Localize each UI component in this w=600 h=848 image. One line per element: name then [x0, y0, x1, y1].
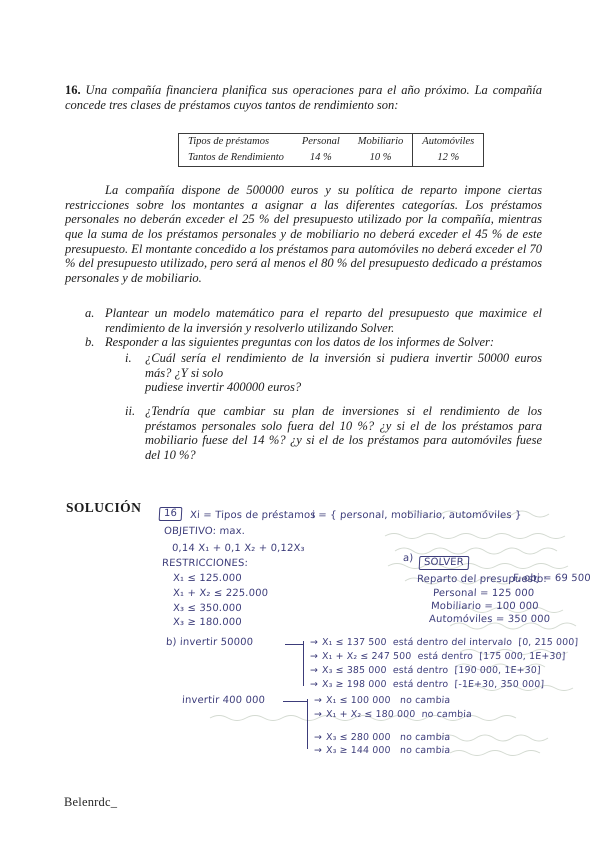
document-page: 16. Una compañía financiera planifica su… [0, 0, 600, 848]
case1-line-2: →X₁ + X₂ ≤ 247 500 está dentro [175 000,… [310, 652, 566, 661]
table-header-mobiliario: Mobiliario [349, 134, 413, 150]
case1-bracket [303, 641, 304, 686]
table-row: Tantos de Rendimiento 14 % 10 % 12 % [179, 150, 483, 166]
table-cell-personal-rate: 14 % [293, 150, 349, 166]
variables-set: i = { personal, mobiliario, automóviles … [312, 511, 522, 521]
branch-arrow-icon: → [310, 665, 319, 676]
problem-body: La compañía dispone de 500000 euros y su… [65, 183, 542, 285]
problem-intro-text: Una compañía financiera planifica sus op… [65, 83, 542, 112]
case1-line-1: →X₁ ≤ 137 500 está dentro del intervalo … [310, 638, 579, 647]
item-i-text-line2: pudiese invertir 400000 euros? [145, 380, 301, 394]
result-mobiliario: Mobiliario = 100 000 [431, 602, 539, 612]
constraint-2: X₁ + X₂ ≤ 225.000 [173, 589, 269, 599]
case2-line-1: →X₁ ≤ 100 000 no cambia [314, 696, 451, 705]
question-item-ii: ii. ¿Tendría que cambiar su plan de inve… [125, 404, 542, 463]
case2-bracket [307, 699, 308, 749]
item-b-marker: b. [85, 335, 105, 350]
branch-arrow-icon: → [310, 651, 319, 662]
case2-line-4: →X₃ ≥ 144 000 no cambia [314, 746, 451, 755]
table-cell-tantos: Tantos de Rendimiento [179, 150, 293, 166]
item-ii-marker: ii. [125, 404, 145, 463]
case2-line-4-text: X₃ ≥ 144 000 no cambia [326, 745, 451, 756]
objective-value: F. obj = 69 500 [513, 574, 591, 584]
part-b-case1-title: b) invertir 50000 [166, 638, 254, 648]
objective-expression: 0,14 X₁ + 0,1 X₂ + 0,12X₃ [172, 544, 305, 554]
table-cell-automoviles-rate: 12 % [413, 150, 483, 166]
question-item-i: i. ¿Cuál sería el rendimiento de la inve… [125, 351, 542, 395]
item-a-marker: a. [85, 306, 105, 335]
table-cell-mobiliario-rate: 10 % [349, 150, 413, 166]
part-b-label: b) [166, 637, 177, 648]
case1-connector [285, 644, 303, 645]
solution-heading: SOLUCIÓN [66, 500, 141, 516]
constraint-3: X₃ ≤ 350.000 [173, 604, 242, 614]
result-personal: Personal = 125 000 [433, 589, 535, 599]
table-header-row: Tipos de préstamos Personal Mobiliario A… [179, 134, 483, 150]
item-a-text: Plantear un modelo matemático para el re… [105, 306, 542, 335]
result-automoviles: Automóviles = 350 000 [429, 615, 551, 625]
case1-line-2-text: X₁ + X₂ ≤ 247 500 está dentro [175 000, … [322, 651, 566, 662]
case2-line-3-text: X₃ ≤ 280 000 no cambia [326, 732, 451, 743]
case2-connector [283, 701, 307, 702]
part-b-case2-title: invertir 400 000 [182, 696, 266, 706]
author-signature: Belenrdc_ [64, 795, 117, 810]
case2-line-2-text: X₁ + X₂ ≤ 180 000 no cambia [326, 709, 472, 720]
question-item-a: a. Plantear un modelo matemático para el… [85, 306, 542, 335]
branch-arrow-icon: → [314, 709, 323, 720]
item-b-text: Responder a las siguientes preguntas con… [105, 335, 542, 350]
constraints-label: RESTRICCIONES: [162, 559, 249, 569]
problem-intro: 16. Una compañía financiera planifica su… [65, 83, 542, 112]
branch-arrow-icon: → [310, 679, 319, 690]
constraint-1: X₁ ≤ 125.000 [173, 574, 242, 584]
branch-arrow-icon: → [314, 745, 323, 756]
branch-arrow-icon: → [314, 695, 323, 706]
case1-line-4: →X₃ ≥ 198 000 está dentro [-1E+30, 350 0… [310, 680, 545, 689]
branch-arrow-icon: → [314, 732, 323, 743]
question-item-b: b. Responder a las siguientes preguntas … [85, 335, 542, 350]
table-header-tipos: Tipos de préstamos [179, 134, 293, 150]
case1-line-3-text: X₃ ≤ 385 000 está dentro [190 000, 1E+30… [322, 665, 541, 676]
solution-number-box: 16 [159, 507, 183, 521]
item-i-text-line1: ¿Cuál sería el rendimiento de la inversi… [145, 351, 542, 380]
case1-line-4-text: X₃ ≥ 198 000 está dentro [-1E+30, 350 00… [322, 679, 545, 690]
problem-number: 16. [65, 83, 81, 97]
table-header-personal: Personal [293, 134, 349, 150]
item-ii-text: ¿Tendría que cambiar su plan de inversio… [145, 404, 542, 463]
branch-arrow-icon: → [310, 637, 319, 648]
item-i-text: ¿Cuál sería el rendimiento de la inversi… [145, 351, 542, 395]
objective-label: OBJETIVO: max. [164, 527, 246, 537]
case2-line-1-text: X₁ ≤ 100 000 no cambia [326, 695, 451, 706]
case1-line-1-text: X₁ ≤ 137 500 está dentro del intervalo [… [322, 637, 579, 648]
case1-title-text: invertir 50000 [180, 637, 254, 648]
solver-box: SOLVER [419, 556, 469, 570]
case1-line-3: →X₃ ≤ 385 000 está dentro [190 000, 1E+3… [310, 666, 541, 675]
case2-line-3: →X₃ ≤ 280 000 no cambia [314, 733, 451, 742]
item-i-marker: i. [125, 351, 145, 395]
constraint-4: X₃ ≥ 180.000 [173, 618, 242, 628]
part-a-label: a) [403, 554, 414, 564]
rates-table: Tipos de préstamos Personal Mobiliario A… [178, 133, 484, 167]
case2-line-2: →X₁ + X₂ ≤ 180 000 no cambia [314, 710, 472, 719]
table-header-automoviles: Automóviles [413, 134, 483, 150]
variables-definition: Xi = Tipos de préstamos [190, 511, 316, 521]
